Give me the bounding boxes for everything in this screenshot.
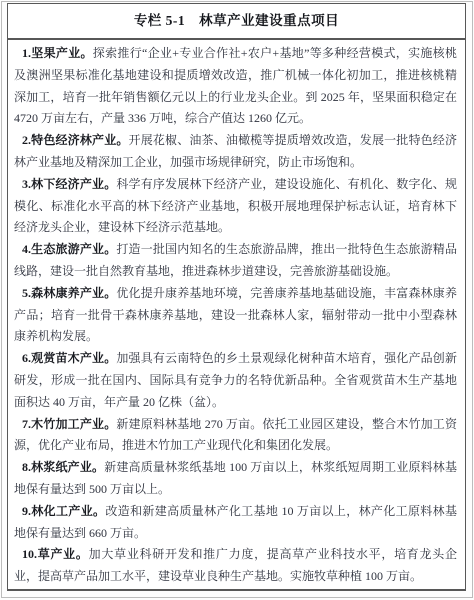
panel-title: 专栏 5-1 林草产业建设重点项目 [8, 4, 465, 40]
panel-body: 1.坚果产业。探索推行“企业+专业合作社+农户+基地”等多种经营模式，实施核桃及… [8, 40, 465, 588]
paragraph: 5.森林康养产业。优化提升康养基地环境，完善康养基地基础设施，丰富森林康养产品；… [14, 283, 457, 348]
panel-box: 专栏 5-1 林草产业建设重点项目 1.坚果产业。探索推行“企业+专业合作社+农… [7, 3, 466, 591]
paragraph-label: 5.森林康养产业。 [22, 286, 116, 300]
paragraph: 7.木竹加工产业。新建原料林基地 270 万亩。依托工业园区建设，整合木竹加工资… [14, 414, 457, 458]
paragraph-label: 1.坚果产业。 [22, 46, 93, 60]
paragraph-label: 2.特色经济林产业。 [22, 133, 129, 147]
paragraph: 1.坚果产业。探索推行“企业+专业合作社+农户+基地”等多种经营模式，实施核桃及… [14, 43, 457, 130]
paragraph-label: 8.林浆纸产业。 [22, 460, 104, 474]
paragraph-label: 7.木竹加工产业。 [22, 417, 116, 431]
document-page: 专栏 5-1 林草产业建设重点项目 1.坚果产业。探索推行“企业+专业合作社+农… [0, 0, 474, 600]
paragraph: 9.林化工产业。改造和新建高质量林产化工基地 10 万亩以上，林产化工原料林基地… [14, 501, 457, 545]
paragraph: 6.观赏苗木产业。加强具有云南特色的乡土景观绿化树种苗木培育，强化产品创新研发，… [14, 348, 457, 413]
paragraph-label: 10.草产业。 [22, 547, 89, 561]
paragraph: 10.草产业。加大草业科研开发和推广力度，提高草产业科技水平，培育龙头企业，提高… [14, 544, 457, 588]
paragraph: 8.林浆纸产业。新建高质量林浆纸基地 100 万亩以上，林浆纸短周期工业原料林基… [14, 457, 457, 501]
paragraph: 3.林下经济产业。科学有序发展林下经济产业，建设设施化、有机化、数字化、规模化、… [14, 174, 457, 239]
paragraph-label: 9.林化工产业。 [22, 504, 105, 518]
paragraph-label: 3.林下经济产业。 [22, 177, 116, 191]
paragraph-label: 4.生态旅游产业。 [22, 242, 116, 256]
paragraph-label: 6.观赏苗木产业。 [22, 351, 116, 365]
paragraph: 4.生态旅游产业。打造一批国内知名的生态旅游品牌，推出一批特色生态旅游精品线路，… [14, 239, 457, 283]
paragraph: 2.特色经济林产业。开展花椒、油茶、油橄榄等提质增效改造，发展一批特色经济林产业… [14, 130, 457, 174]
